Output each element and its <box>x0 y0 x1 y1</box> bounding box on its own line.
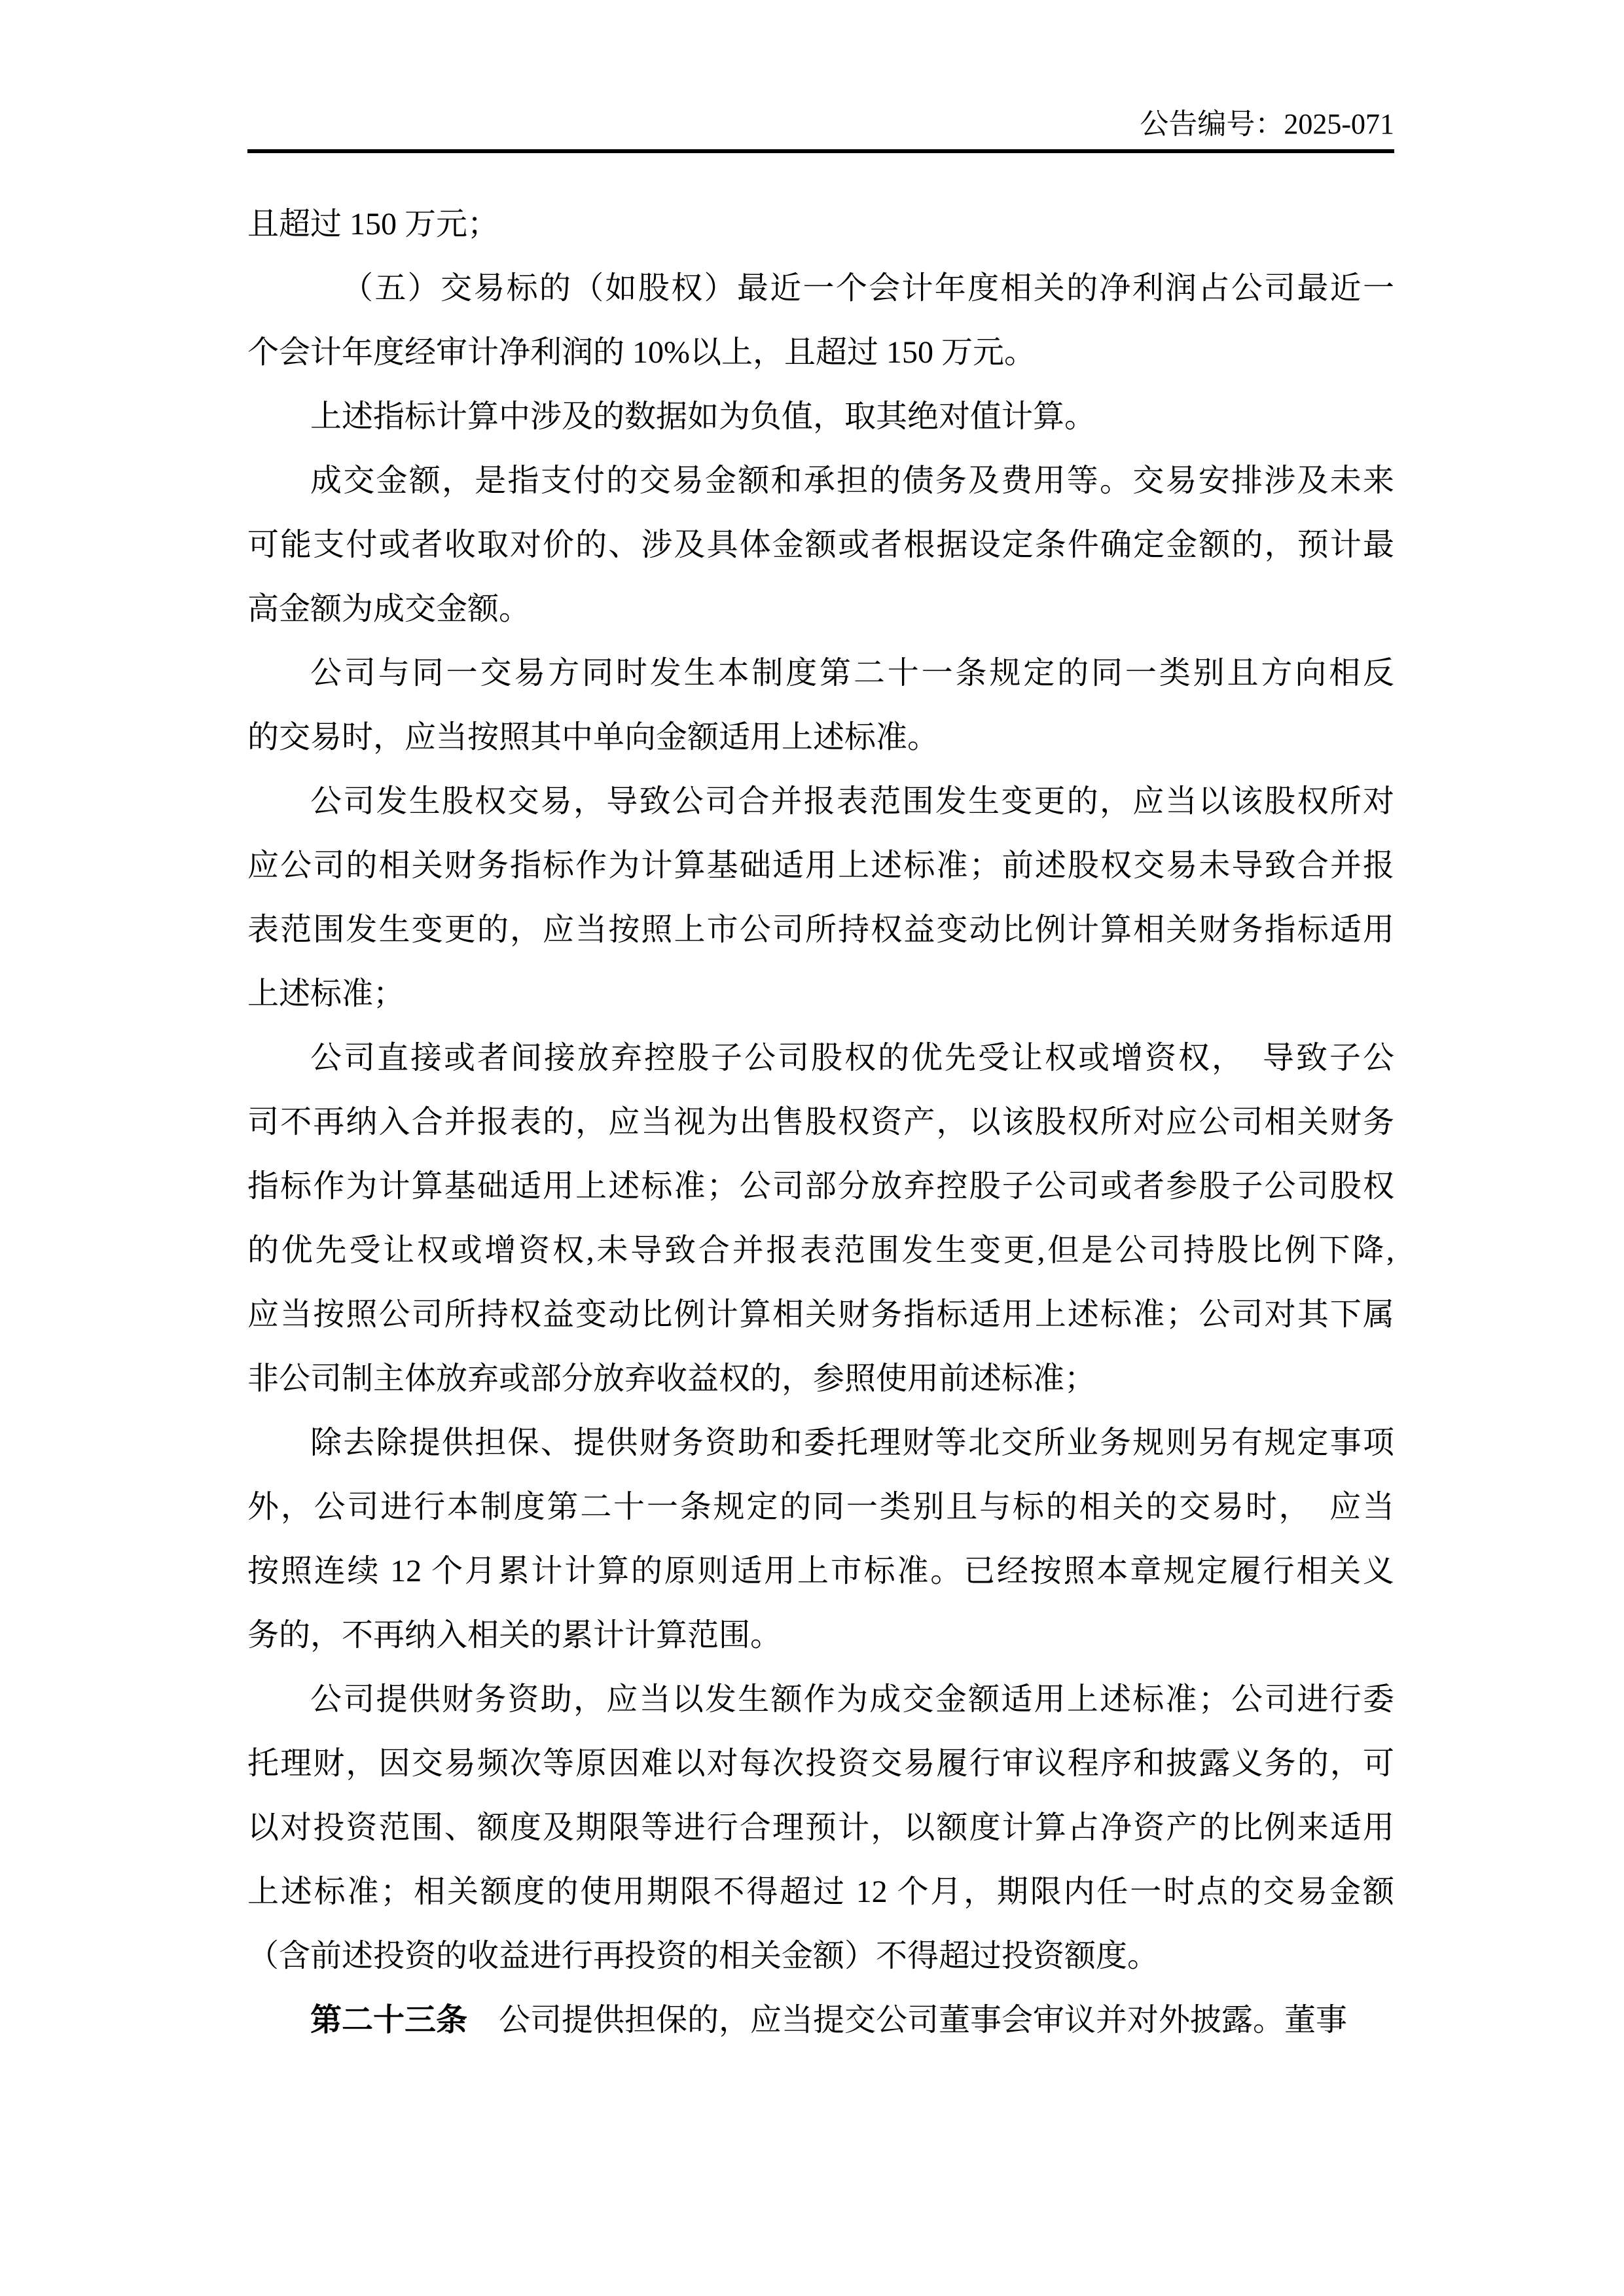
article-number: 第二十三条 <box>310 2003 467 2037</box>
paragraph: （五）交易标的（如股权）最近一个会计年度相关的净利润占公司最近一个会计年度经审计… <box>247 257 1394 385</box>
announcement-number: 公告编号：2025-071 <box>1140 108 1394 140</box>
text-line: （五）交易标的（如股权）最近一个会计年度相关的净利润占公司最近一 <box>247 257 1394 321</box>
text-line: 第二十三条 公司提供担保的，应当提交公司董事会审议并对外披露。董事 <box>247 1988 1394 2053</box>
text-line: 的优先受让权或增资权,未导致合并报表范围发生变更,但是公司持股比例下降, <box>247 1219 1394 1283</box>
text-line: 个会计年度经审计净利润的 10%以上，且超过 150 万元。 <box>247 321 1394 385</box>
text-line: 外，公司进行本制度第二十一条规定的同一类别且与标的相关的交易时， 应当 <box>247 1475 1394 1539</box>
paragraph: 公司与同一交易方同时发生本制度第二十一条规定的同一类别且方向相反的交易时，应当按… <box>247 641 1394 770</box>
text-line: 公司与同一交易方同时发生本制度第二十一条规定的同一类别且方向相反 <box>247 641 1394 706</box>
text-line: 可能支付或者收取对价的、涉及具体金额或者根据设定条件确定金额的，预计最 <box>247 513 1394 577</box>
text-line: 上述标准； <box>247 962 1394 1026</box>
header-divider <box>247 149 1394 153</box>
text-line: 的交易时，应当按照其中单向金额适用上述标准。 <box>247 706 1394 770</box>
text-line: 司不再纳入合并报表的，应当视为出售股权资产，以该股权所对应公司相关财务 <box>247 1090 1394 1155</box>
document-page: 公告编号：2025-071 且超过 150 万元；（五）交易标的（如股权）最近一… <box>0 0 1624 2296</box>
paragraph: 公司发生股权交易，导致公司合并报表范围发生变更的，应当以该股权所对应公司的相关财… <box>247 770 1394 1026</box>
text-line: 务的，不再纳入相关的累计计算范围。 <box>247 1604 1394 1668</box>
text-line: 应公司的相关财务指标作为计算基础适用上述标准；前述股权交易未导致合并报 <box>247 834 1394 898</box>
text-line: 上述标准；相关额度的使用期限不得超过 12 个月，期限内任一时点的交易金额 <box>247 1860 1394 1924</box>
text-line: 且超过 150 万元； <box>247 192 1394 257</box>
page-header: 公告编号：2025-071 <box>247 108 1394 141</box>
text-line: 高金额为成交金额。 <box>247 577 1394 641</box>
text-line: 指标作为计算基础适用上述标准；公司部分放弃控股子公司或者参股子公司股权 <box>247 1155 1394 1219</box>
text-line: 托理财，因交易频次等原因难以对每次投资交易履行审议程序和披露义务的，可 <box>247 1732 1394 1796</box>
paragraph: 上述指标计算中涉及的数据如为负值，取其绝对值计算。 <box>247 385 1394 449</box>
text-line: 公司发生股权交易，导致公司合并报表范围发生变更的，应当以该股权所对 <box>247 770 1394 834</box>
text-line: 按照连续 12 个月累计计算的原则适用上市标准。已经按照本章规定履行相关义 <box>247 1539 1394 1604</box>
text-line: 上述指标计算中涉及的数据如为负值，取其绝对值计算。 <box>247 385 1394 449</box>
text-line: 公司提供财务资助，应当以发生额作为成交金额适用上述标准；公司进行委 <box>247 1668 1394 1732</box>
document-body: 且超过 150 万元；（五）交易标的（如股权）最近一个会计年度相关的净利润占公司… <box>247 192 1394 2053</box>
text-line: 除去除提供担保、提供财务资助和委托理财等北交所业务规则另有规定事项 <box>247 1411 1394 1475</box>
text-line: 非公司制主体放弃或部分放弃收益权的，参照使用前述标准； <box>247 1347 1394 1411</box>
text-line: （含前述投资的收益进行再投资的相关金额）不得超过投资额度。 <box>247 1924 1394 1988</box>
paragraph: 公司直接或者间接放弃控股子公司股权的优先受让权或增资权， 导致子公司不再纳入合并… <box>247 1026 1394 1411</box>
paragraph: 且超过 150 万元； <box>247 192 1394 257</box>
text-line: 成交金额，是指支付的交易金额和承担的债务及费用等。交易安排涉及未来 <box>247 449 1394 513</box>
paragraph: 公司提供财务资助，应当以发生额作为成交金额适用上述标准；公司进行委托理财，因交易… <box>247 1668 1394 1988</box>
text-line: 表范围发生变更的，应当按照上市公司所持权益变动比例计算相关财务指标适用 <box>247 898 1394 962</box>
paragraph: 除去除提供担保、提供财务资助和委托理财等北交所业务规则另有规定事项外，公司进行本… <box>247 1411 1394 1668</box>
text-line: 公司直接或者间接放弃控股子公司股权的优先受让权或增资权， 导致子公 <box>247 1026 1394 1090</box>
paragraph: 成交金额，是指支付的交易金额和承担的债务及费用等。交易安排涉及未来可能支付或者收… <box>247 449 1394 641</box>
text-line: 应当按照公司所持权益变动比例计算相关财务指标适用上述标准；公司对其下属 <box>247 1283 1394 1347</box>
text-line: 以对投资范围、额度及期限等进行合理预计，以额度计算占净资产的比例来适用 <box>247 1796 1394 1860</box>
paragraph: 第二十三条 公司提供担保的，应当提交公司董事会审议并对外披露。董事 <box>247 1988 1394 2053</box>
